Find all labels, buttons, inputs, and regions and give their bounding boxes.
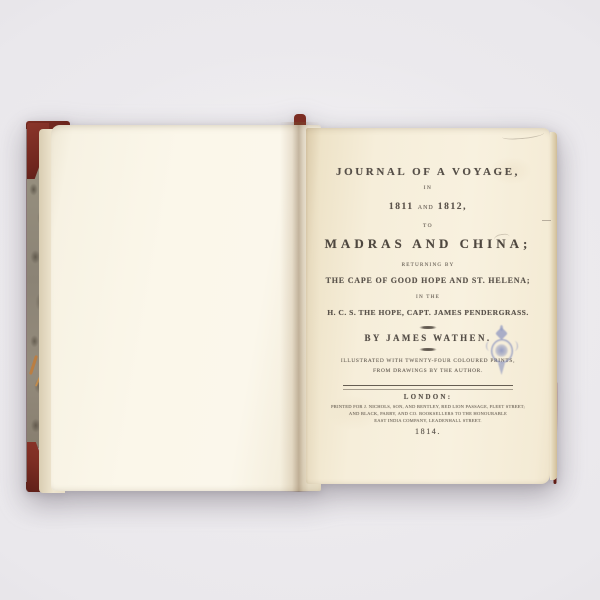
word-to: TO xyxy=(306,223,550,229)
swelled-rule-bottom xyxy=(416,348,440,351)
stamp-center xyxy=(495,344,508,357)
imprint-line-3: EAST INDIA COMPANY, LEADENHALL STREET. xyxy=(306,418,550,423)
swelled-rule-top xyxy=(416,326,440,329)
date-and: AND xyxy=(418,205,434,211)
ship-line: H. C. S. THE HOPE, CAPT. JAMES PENDERGRA… xyxy=(306,308,550,317)
faint-pencil-inscription xyxy=(502,130,544,141)
blue-ink-stamp xyxy=(484,325,520,379)
blank-left-page xyxy=(51,125,321,491)
title-page: JOURNAL OF A VOYAGE, IN 1811AND1812, TO … xyxy=(306,128,550,484)
imprint-rule xyxy=(343,385,513,390)
publication-year: 1814. xyxy=(306,427,550,436)
destination-line: MADRAS AND CHINA; xyxy=(306,236,550,252)
date-1811: 1811 xyxy=(389,202,414,212)
stamp-tail xyxy=(498,363,505,375)
title-date-line: 1811AND1812, xyxy=(306,202,550,212)
returning-by-line: RETURNING BY xyxy=(306,262,550,268)
word-in: IN xyxy=(306,185,550,191)
book-title: JOURNAL OF A VOYAGE, xyxy=(306,166,550,178)
photograph-background: JOURNAL OF A VOYAGE, IN 1811AND1812, TO … xyxy=(0,0,600,600)
city-line: LONDON: xyxy=(306,393,550,401)
stamp-crown xyxy=(495,327,508,340)
faint-pencil-dash xyxy=(542,220,551,221)
imprint-line-2: AND BLACK, PARRY, AND CO. BOOKSELLERS TO… xyxy=(306,411,550,416)
fore-edge-page-block xyxy=(550,132,557,480)
imprint-line-1: PRINTED FOR J. NICHOLS, SON, AND BENTLEY… xyxy=(306,404,550,409)
open-book: JOURNAL OF A VOYAGE, IN 1811AND1812, TO … xyxy=(24,110,558,494)
route-line: THE CAPE OF GOOD HOPE AND ST. HELENA; xyxy=(306,276,550,285)
in-the-line: IN THE xyxy=(306,294,550,300)
date-1812: 1812, xyxy=(438,202,467,212)
